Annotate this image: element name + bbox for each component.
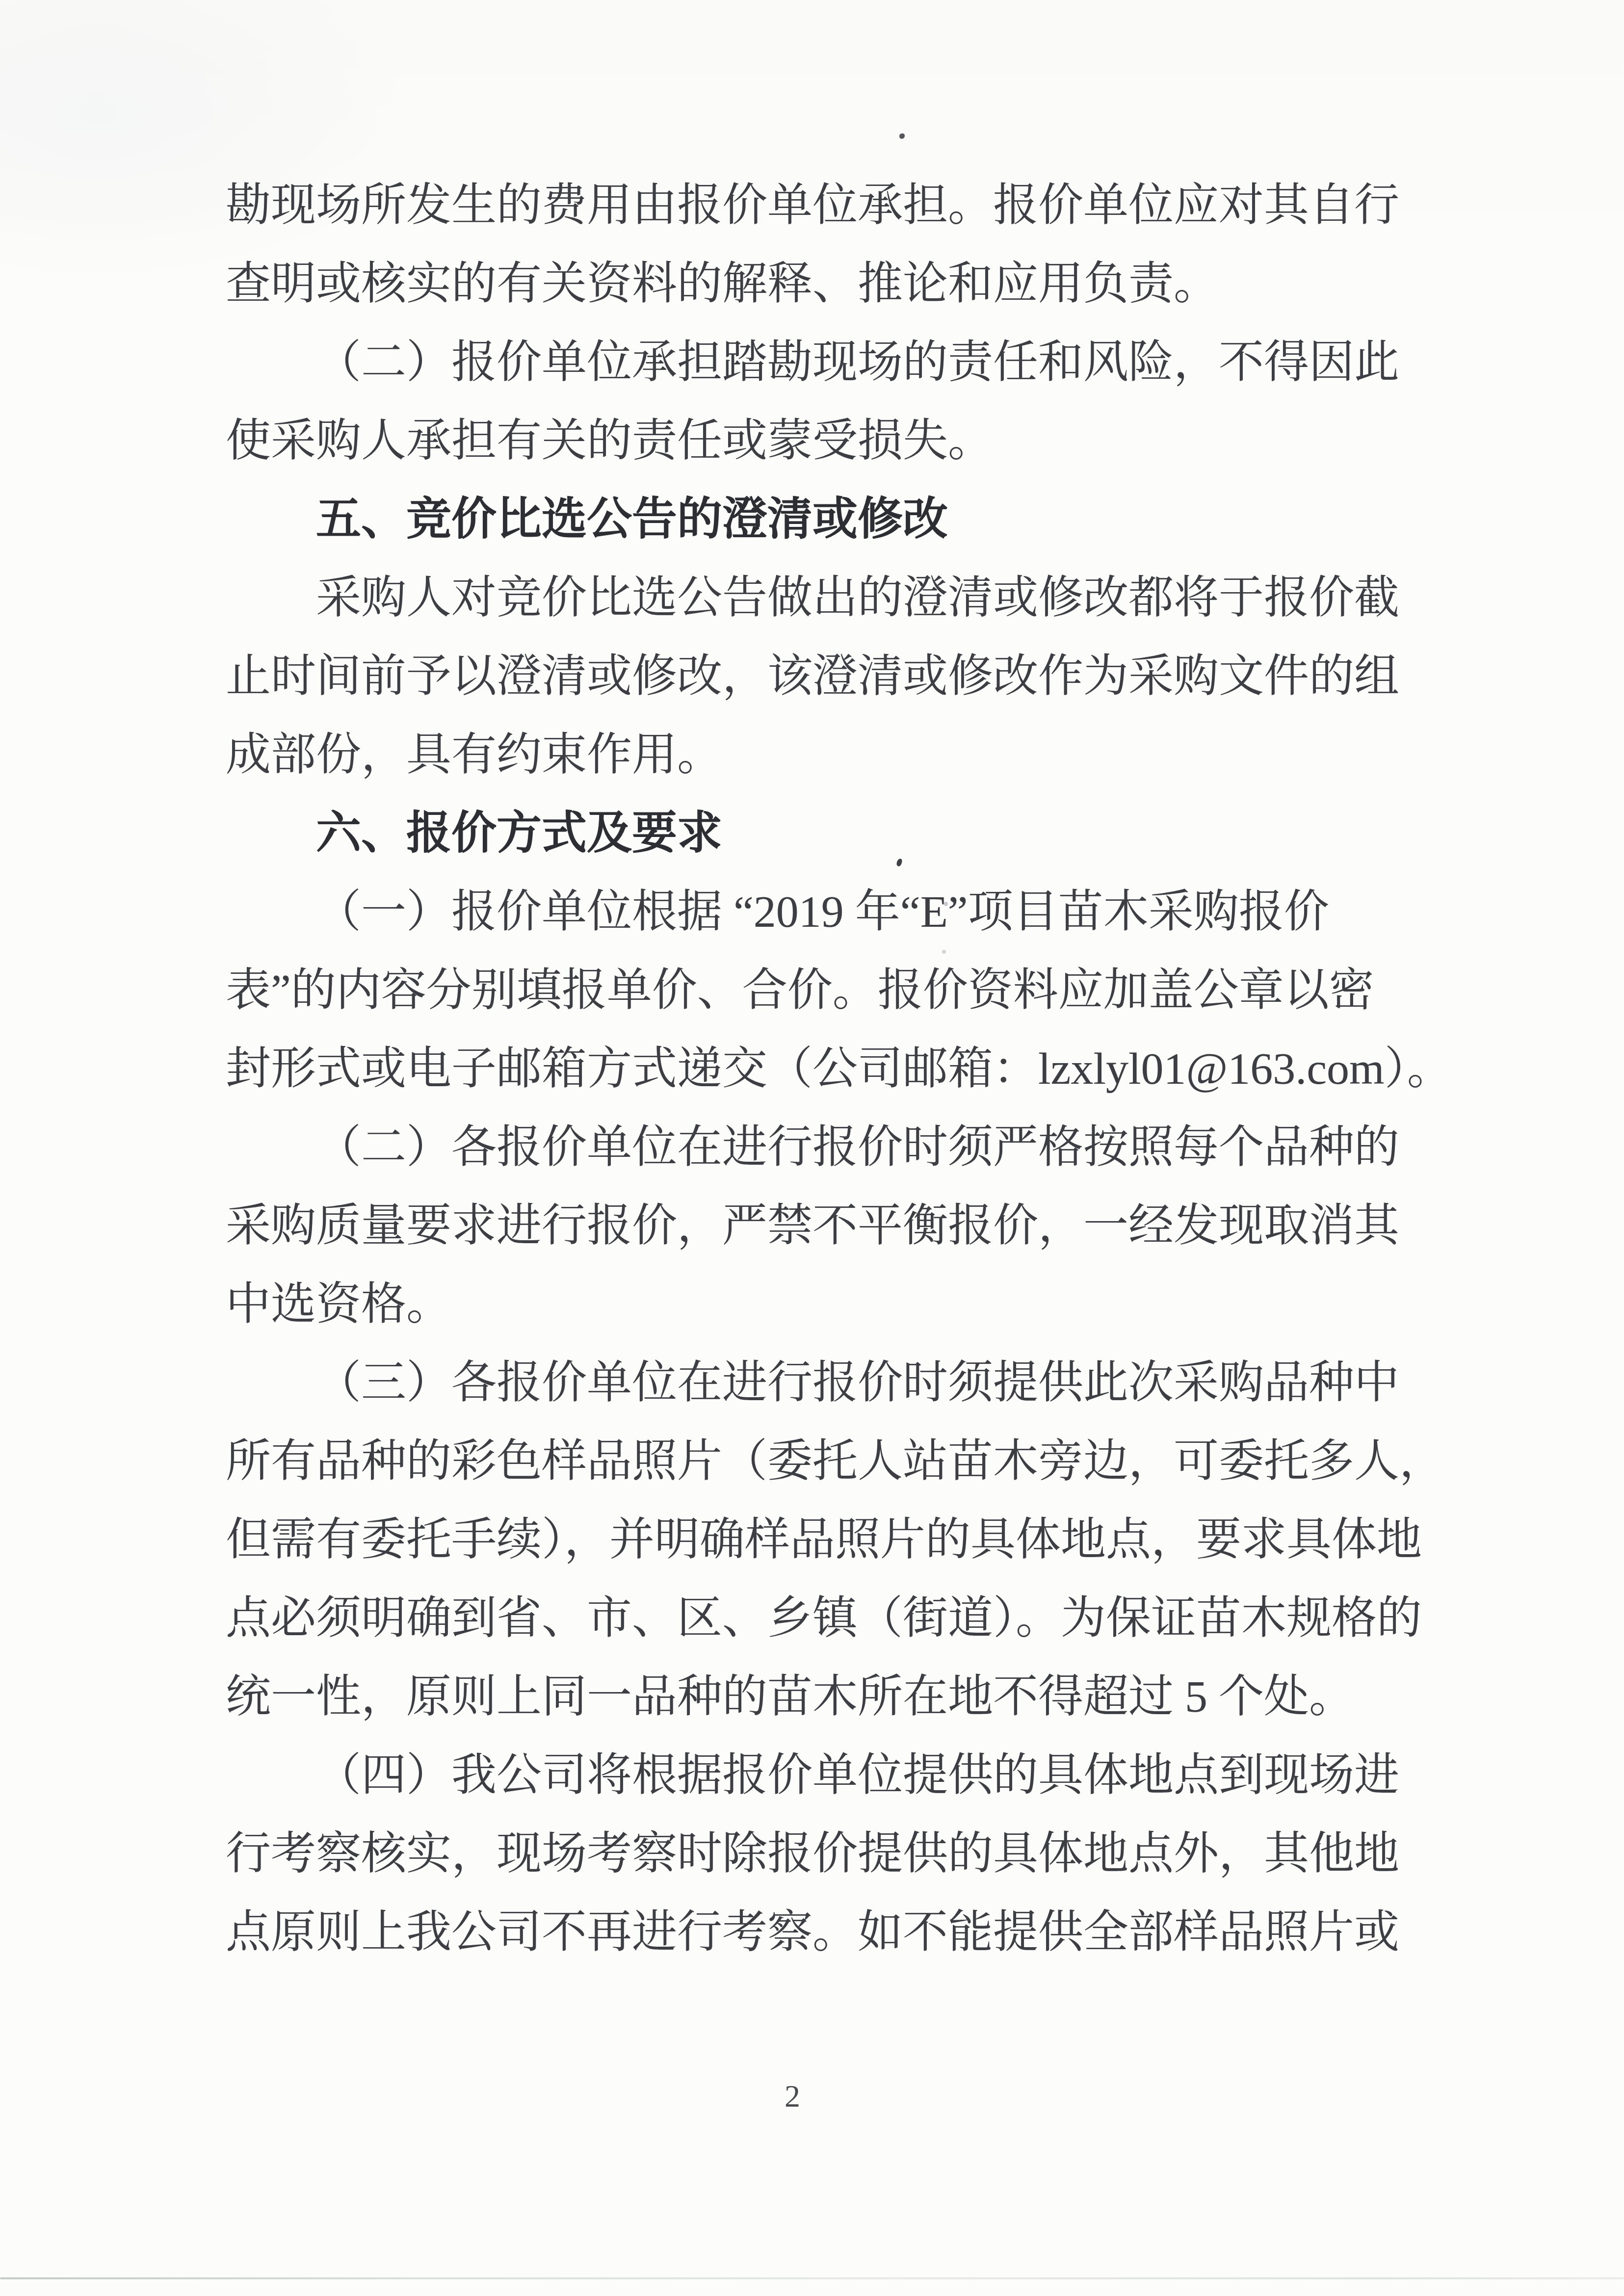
text-line: 勘现场所发生的费用由报价单位承担。报价单位应对其自行	[226, 166, 1560, 244]
text-line: 成部份，具有约束作用。	[226, 715, 1560, 794]
text-line: 所有品种的彩色样品照片（委托人站苗木旁边，可委托多人，	[226, 1422, 1560, 1500]
text-line: 查明或核实的有关资料的解释、推论和应用负责。	[226, 244, 1560, 323]
document-page: 勘现场所发生的费用由报价单位承担。报价单位应对其自行查明或核实的有关资料的解释、…	[0, 0, 1624, 2296]
text-line: 五、竞价比选公告的澄清或修改	[226, 480, 1560, 558]
text-line: 止时间前予以澄清或修改，该澄清或修改作为采购文件的组	[226, 637, 1560, 715]
text-line: （二）各报价单位在进行报价时须严格按照每个品种的	[226, 1108, 1560, 1186]
text-line: （二）报价单位承担踏勘现场的责任和风险，不得因此	[226, 323, 1560, 401]
text-line: 采购人对竞价比选公告做出的澄清或修改都将于报价截	[226, 558, 1560, 637]
page-number: 2	[0, 2079, 1585, 2113]
text-line: 统一性，原则上同一品种的苗木所在地不得超过 5 个处。	[226, 1657, 1560, 1736]
text-line: 行考察核实，现场考察时除报价提供的具体地点外，其他地	[226, 1814, 1560, 1893]
document-body: 勘现场所发生的费用由报价单位承担。报价单位应对其自行查明或核实的有关资料的解释、…	[226, 166, 1560, 1971]
text-line: 采购质量要求进行报价，严禁不平衡报价，一经发现取消其	[226, 1186, 1560, 1265]
text-line: 点必须明确到省、市、区、乡镇（街道）。为保证苗木规格的	[226, 1579, 1560, 1657]
text-line: 六、报价方式及要求	[226, 794, 1560, 872]
text-line: 点原则上我公司不再进行考察。如不能提供全部样品照片或	[226, 1893, 1560, 1971]
text-line: 使采购人承担有关的责任或蒙受损失。	[226, 401, 1560, 480]
text-line: 但需有委托手续），并明确样品照片的具体地点，要求具体地	[226, 1500, 1560, 1579]
text-line: 中选资格。	[226, 1265, 1560, 1343]
text-line: 封形式或电子邮箱方式递交（公司邮箱：lzxlyl01@163.com）。	[226, 1029, 1560, 1108]
scanner-edge-line	[0, 2277, 1624, 2279]
text-line: （三）各报价单位在进行报价时须提供此次采购品种中	[226, 1343, 1560, 1422]
text-line: （四）我公司将根据报价单位提供的具体地点到现场进	[226, 1736, 1560, 1814]
text-line: 表”的内容分别填报单价、合价。报价资料应加盖公章以密	[226, 951, 1560, 1029]
scan-speck	[899, 133, 905, 139]
text-line: （一）报价单位根据 “2019 年“E”项目苗木采购报价	[226, 872, 1560, 951]
